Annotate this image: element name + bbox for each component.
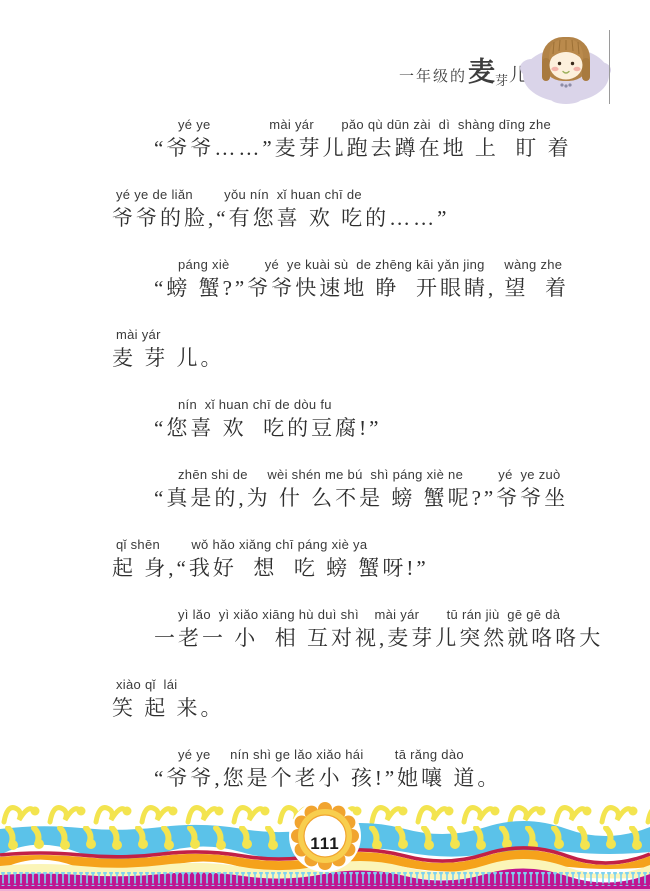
pinyin-row: yì lǎo yì xiǎo xiāng hù duì shì mài yár … (112, 606, 582, 624)
text-line: yé ye nín shì ge lǎo xiǎo hái tā rǎng dà… (112, 746, 582, 792)
page-header: 一年级的麦芽儿 (0, 0, 650, 110)
text-line: yì lǎo yì xiǎo xiāng hù duì shì mài yár … (112, 606, 582, 652)
series-title-small-char: 芽 (495, 70, 508, 89)
story-text: yé ye mài yár pǎo qù dūn zài dì shàng dī… (112, 116, 582, 816)
text-line: zhēn shi de wèi shén me bú shì páng xiè … (112, 466, 582, 512)
text-line: xiào qǐ lái 笑 起 来。 (112, 676, 582, 722)
text-line: yé ye de liǎn yǒu nín xǐ huan chī de 爷爷的… (112, 186, 582, 232)
hanzi-row: “爷爷,您是个老小 孩!”她嚷 道。 (112, 764, 582, 792)
pinyin-row: xiào qǐ lái (112, 676, 582, 694)
pinyin-row: zhēn shi de wèi shén me bú shì páng xiè … (112, 466, 582, 484)
book-page: { "header": { "series_title": "一年级的麦芽儿",… (0, 0, 650, 891)
pinyin-row: mài yár (112, 326, 582, 344)
hanzi-row: “真是的,为 什 么不是 螃 蟹呢?”爷爷坐 (112, 484, 582, 512)
text-line: qǐ shēn wǒ hǎo xiǎng chī páng xiè ya 起 身… (112, 536, 582, 582)
header-vertical-rule (609, 30, 610, 104)
series-title-big-char: 麦 (468, 50, 495, 89)
pinyin-row: páng xiè yé ye kuài sù de zhēng kāi yǎn … (112, 256, 582, 274)
text-line: yé ye mài yár pǎo qù dūn zài dì shàng dī… (112, 116, 582, 162)
text-line: nín xǐ huan chī de dòu fu “您喜 欢 吃的豆腐!” (112, 396, 582, 442)
pinyin-row: yé ye mài yár pǎo qù dūn zài dì shàng dī… (112, 116, 582, 134)
girl-illustration-svg (518, 28, 614, 106)
hanzi-row: “螃 蟹?”爷爷快速地 睁 开眼睛, 望 着 (112, 274, 582, 302)
text-line: mài yár 麦 芽 儿。 (112, 326, 582, 372)
hanzi-row: 麦 芽 儿。 (112, 344, 582, 372)
hanzi-row: “爷爷……”麦芽儿跑去蹲在地 上 盯 着 (112, 134, 582, 162)
series-title-prefix: 一年级的 (399, 65, 467, 86)
pinyin-row: yé ye nín shì ge lǎo xiǎo hái tā rǎng dà… (112, 746, 582, 764)
hanzi-row: 一老一 小 相 互对视,麦芽儿突然就咯咯大 (112, 624, 582, 652)
girl-illustration (518, 28, 614, 111)
hanzi-row: 爷爷的脸,“有您喜 欢 吃的……” (112, 204, 582, 232)
text-line: páng xiè yé ye kuài sù de zhēng kāi yǎn … (112, 256, 582, 302)
hanzi-row: 笑 起 来。 (112, 694, 582, 722)
pinyin-row: qǐ shēn wǒ hǎo xiǎng chī páng xiè ya (112, 536, 582, 554)
pinyin-row: yé ye de liǎn yǒu nín xǐ huan chī de (112, 186, 582, 204)
pinyin-row: nín xǐ huan chī de dòu fu (112, 396, 582, 414)
decorative-footer-border: 111 (0, 800, 650, 891)
hanzi-row: 起 身,“我好 想 吃 螃 蟹呀!” (112, 554, 582, 582)
page-number: 111 (297, 834, 353, 854)
hanzi-row: “您喜 欢 吃的豆腐!” (112, 414, 582, 442)
